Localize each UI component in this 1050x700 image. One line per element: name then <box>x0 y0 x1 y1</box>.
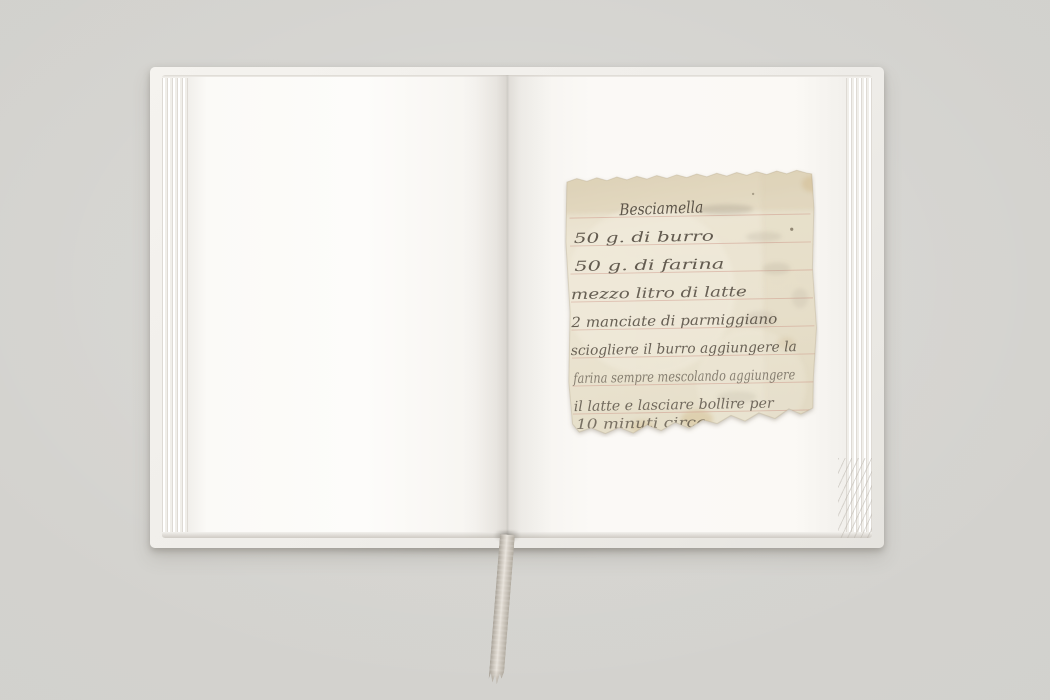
photo-background: Besciamella 50 g. di burro 50 g. di fari… <box>0 0 1050 700</box>
note-line: mezzo litro di latte <box>571 284 747 303</box>
ribbon-frayed-tip <box>488 670 504 685</box>
note-title: Besciamella <box>618 197 703 219</box>
recipe-note: Besciamella 50 g. di burro 50 g. di fari… <box>563 168 821 438</box>
note-line: 50 g. di burro <box>574 229 714 247</box>
left-page-blank <box>188 77 507 532</box>
book-gutter <box>462 75 552 538</box>
note-line: 50 g. di farina <box>574 256 724 275</box>
note-line: 10 minuti circa <box>576 415 706 433</box>
page-fore-edges-left <box>162 75 190 538</box>
page-corner-fan <box>838 458 872 538</box>
